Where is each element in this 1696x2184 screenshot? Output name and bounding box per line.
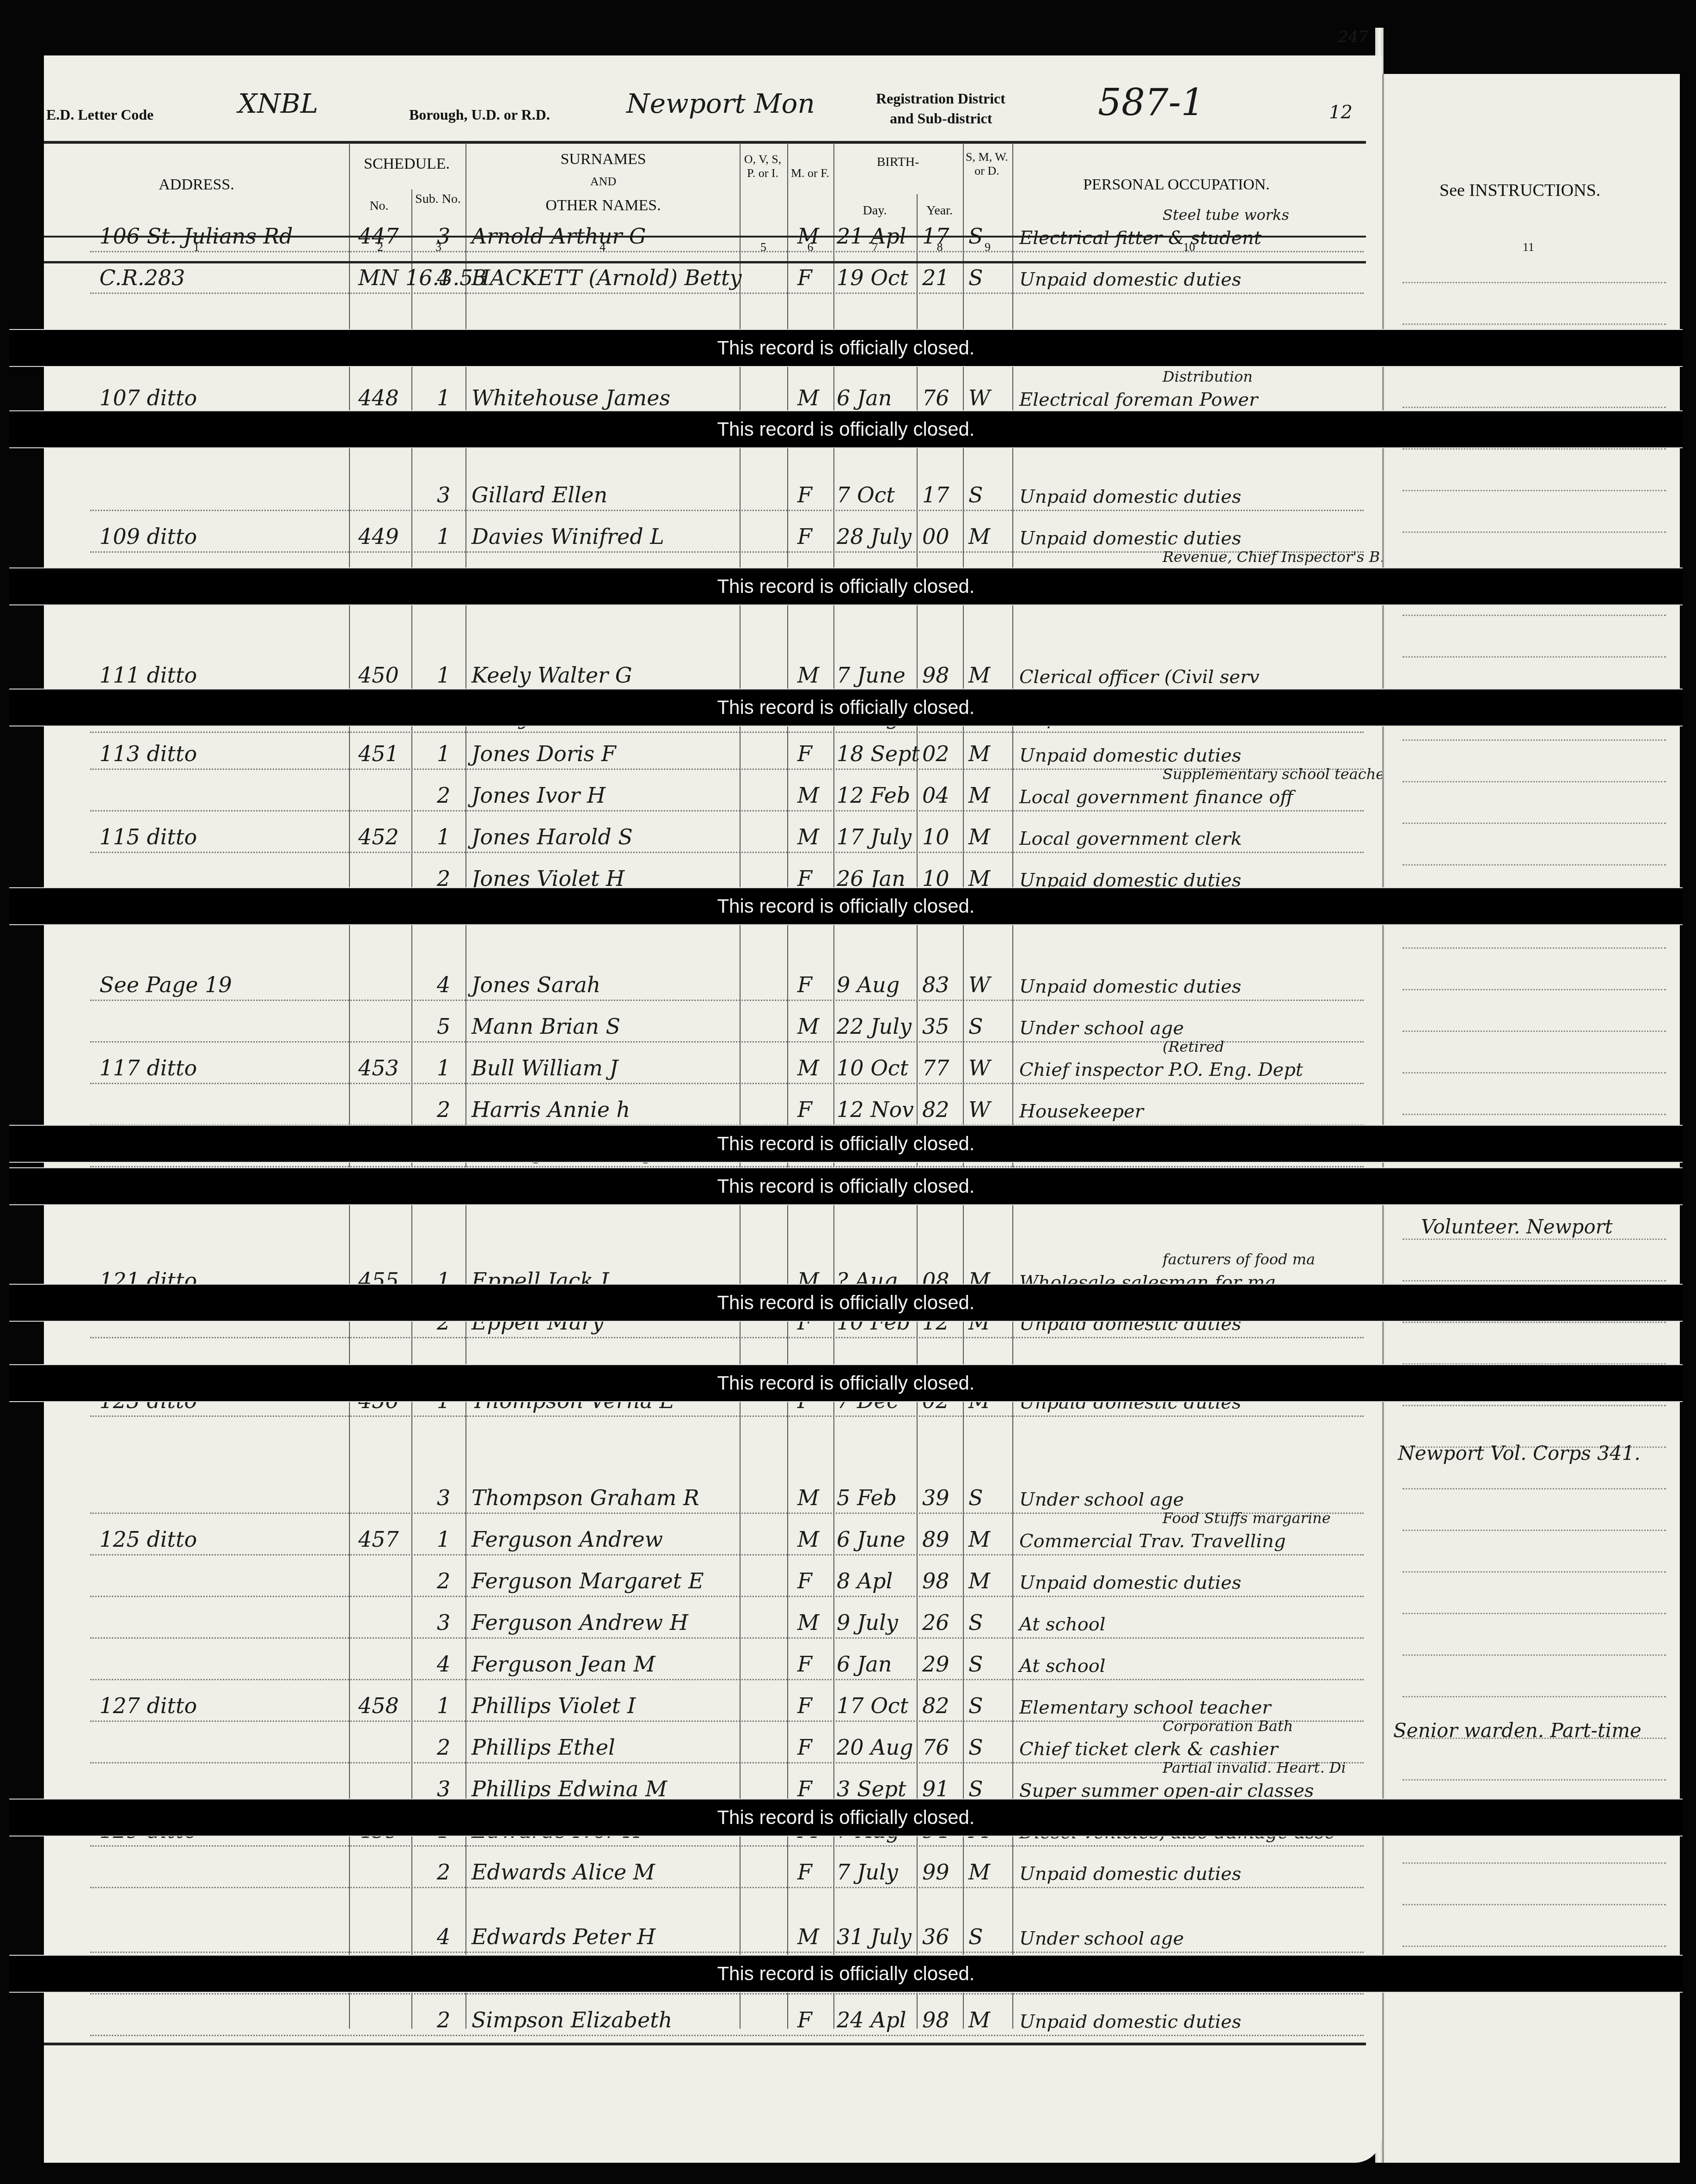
cell-status: W — [968, 385, 990, 410]
cell-day: 3 Sept — [837, 1776, 906, 1801]
closed-record-redaction: This record is officially closed. — [9, 1284, 1683, 1322]
table-row: 5Mann Brian SM22 July35SUnder school age — [44, 1003, 1382, 1043]
cell-name: Phillips Edwina M — [471, 1776, 667, 1801]
cell-status: M — [968, 524, 990, 549]
cell-sched: 450 — [358, 663, 399, 688]
cell-name: Arnold Arthur G — [471, 224, 646, 249]
cell-sched: 447 — [358, 224, 399, 249]
cell-status: M — [968, 741, 990, 766]
row-rule — [90, 1637, 1364, 1639]
cell-sub: 1 — [437, 1055, 450, 1080]
cell-sub: 2 — [437, 1735, 450, 1760]
cell-name: Edwards Peter H — [471, 1924, 655, 1949]
cell-status: M — [968, 1860, 990, 1885]
cell-name: Simpson Elizabeth — [471, 2007, 672, 2032]
closed-record-redaction: This record is officially closed. — [9, 329, 1683, 367]
cell-occupation-note: Supplementary school teacher — [1163, 765, 1392, 783]
table-row: 4Ferguson Jean MF6 Jan29SAt school — [44, 1641, 1382, 1680]
right-row-rule — [1402, 823, 1666, 824]
cell-addr: See Page 19 — [99, 972, 232, 997]
ed-letter-code-label: E.D. Letter Code — [46, 106, 153, 123]
ed-letter-code-value: XNBL — [238, 88, 318, 119]
table-row: 109 ditto4491Davies Winifred LF28 July00… — [44, 513, 1382, 553]
cell-sex: F — [797, 1652, 812, 1677]
cell-occ: At school — [1019, 1614, 1106, 1635]
right-note-vol-corps: Newport Vol. Corps 341. — [1398, 1442, 1641, 1464]
cell-addr: 111 ditto — [99, 663, 197, 688]
row-rule — [90, 852, 1364, 853]
cell-occ: Under school age — [1019, 1489, 1184, 1510]
cell-year: 89 — [922, 1527, 949, 1552]
closed-record-redaction: This record is officially closed. — [9, 1167, 1683, 1205]
table-row: 2Simpson ElizabethF24 Apl98MUnpaid domes… — [44, 1996, 1382, 2036]
cell-name: Ferguson Jean M — [471, 1652, 655, 1677]
cell-sex: F — [797, 1568, 812, 1593]
cell-sub: 2 — [437, 1097, 450, 1122]
cell-occ: Clerical officer (Civil serv — [1019, 666, 1260, 688]
cell-sub: 1 — [437, 824, 450, 849]
table-row: 2Harris Annie hF12 Nov82WHousekeeper — [44, 1086, 1382, 1126]
right-row-rule — [1402, 1238, 1666, 1240]
cell-name: Thompson Graham R — [471, 1485, 699, 1510]
cell-year: 35 — [922, 1014, 949, 1039]
cell-sub: 4 — [437, 1924, 450, 1949]
cell-day: 7 July — [837, 1860, 898, 1885]
col-schedule: SCHEDULE. — [349, 155, 465, 173]
redaction-label: This record is officially closed. — [717, 1133, 974, 1155]
right-row-rule — [1402, 531, 1666, 533]
cell-sched: 458 — [358, 1693, 399, 1718]
cell-sub: 3 — [437, 1485, 450, 1510]
cell-day: 17 July — [837, 824, 912, 849]
right-row-rule — [1402, 1904, 1666, 1905]
cell-day: 17 Oct — [837, 1693, 908, 1718]
cell-sched: 448 — [358, 385, 399, 410]
cell-day: 19 Oct — [837, 265, 908, 290]
cell-year: 17 — [922, 224, 949, 249]
cell-name: Gillard Ellen — [471, 482, 607, 507]
cell-day: 12 Nov — [837, 1097, 914, 1122]
col-surnames-3: OTHER NAMES. — [467, 196, 740, 214]
cell-year: 82 — [922, 1097, 949, 1122]
row-rule — [90, 1993, 1364, 1995]
cell-sub: 2 — [437, 1860, 450, 1885]
closed-record-redaction: This record is officially closed. — [9, 1955, 1683, 1993]
cell-occ: Commercial Trav. Travelling — [1019, 1531, 1286, 1552]
right-row-rule — [1402, 1280, 1666, 1281]
cell-sub: 2 — [437, 1568, 450, 1593]
cell-sub: 1 — [437, 524, 450, 549]
table-row: 127 ditto4581Phillips Violet IF17 Oct82S… — [44, 1682, 1382, 1722]
right-row-rule — [1402, 1405, 1666, 1406]
cell-occupation-note: facturers of food ma — [1163, 1251, 1315, 1268]
cell-name: Jones Doris F — [471, 741, 616, 766]
cell-occ: Local government finance off — [1019, 787, 1293, 808]
cell-year: 91 — [922, 1776, 949, 1801]
cell-sched: MN 16.3.53 — [358, 265, 487, 290]
row-rule — [90, 1000, 1364, 1001]
closed-record-redaction: This record is officially closed. — [9, 410, 1683, 448]
closed-record-redaction: This record is officially closed. — [9, 1799, 1683, 1836]
cell-status: S — [968, 1776, 983, 1801]
col-number-11: 11 — [1523, 240, 1534, 254]
cell-sex: F — [797, 1776, 812, 1801]
cell-sex: M — [797, 1014, 819, 1039]
cell-name: Bull William J — [471, 1055, 618, 1080]
cell-status: M — [968, 663, 990, 688]
cell-year: 76 — [922, 385, 949, 410]
col-ovspi: O, V, S, P. or I. — [740, 153, 786, 180]
reg-district-label-1: Registration District — [876, 90, 1005, 107]
closed-record-redaction: This record is officially closed. — [9, 567, 1683, 605]
right-row-rule — [1402, 947, 1666, 949]
closed-record-redaction: This record is officially closed. — [9, 1125, 1683, 1163]
cell-day: 8 Apl — [837, 1568, 893, 1593]
corner-note: 247 — [1338, 28, 1368, 46]
cell-addr: 125 ditto — [99, 1527, 197, 1552]
cell-sub: 4 — [437, 1652, 450, 1677]
cell-status: M — [968, 1568, 990, 1593]
cell-addr: 106 St. Julians Rd — [99, 224, 293, 249]
cell-sex: M — [797, 824, 819, 849]
cell-day: 5 Feb — [837, 1485, 897, 1510]
row-rule — [90, 510, 1364, 511]
borough-label: Borough, U.D. or R.D. — [409, 106, 550, 123]
row-rule — [90, 1337, 1364, 1338]
table-row: 113 ditto4511Jones Doris FF18 Sept02MUnp… — [44, 730, 1382, 770]
cell-day: 6 June — [837, 1527, 906, 1552]
cell-sched: 451 — [358, 741, 399, 766]
cell-year: 98 — [922, 1568, 949, 1593]
cell-day: 20 Aug — [837, 1735, 913, 1760]
cell-year: 83 — [922, 972, 949, 997]
cell-status: S — [968, 224, 983, 249]
cell-name: Phillips Ethel — [471, 1735, 615, 1760]
right-row-rule — [1402, 615, 1666, 616]
cell-name: Phillips Violet I — [471, 1693, 636, 1718]
right-row-rule — [1402, 1072, 1666, 1074]
table-row: 106 St. Julians Rd4473Arnold Arthur GM21… — [44, 213, 1382, 252]
right-row-rule — [1402, 1488, 1666, 1489]
cell-occ: Unpaid domestic duties — [1019, 1572, 1241, 1593]
right-row-rule — [1402, 1114, 1666, 1115]
cell-status: S — [968, 1610, 983, 1635]
cell-year: 36 — [922, 1924, 949, 1949]
col-address: ADDRESS. — [44, 176, 349, 194]
cell-day: 18 Sept — [837, 741, 920, 766]
cell-occ: Housekeeper — [1019, 1101, 1144, 1122]
cell-name: Ferguson Andrew — [471, 1527, 663, 1552]
row-rule — [90, 810, 1364, 811]
table-row: 3Gillard EllenF7 Oct17SUnpaid domestic d… — [44, 471, 1382, 511]
cell-sex: F — [797, 265, 812, 290]
cell-occ: Unpaid domestic duties — [1019, 1863, 1241, 1885]
cell-status: S — [968, 1485, 983, 1510]
cell-year: 76 — [922, 1735, 949, 1760]
right-row-rule — [1402, 323, 1666, 325]
col-surnames-2: AND — [467, 175, 740, 189]
cell-occ: Unpaid domestic duties — [1019, 745, 1241, 766]
cell-occupation-note: Revenue, Chief Inspector's B. — [1163, 548, 1384, 566]
right-note-volunteer: Volunteer. Newport — [1421, 1215, 1613, 1238]
cell-occ: Under school age — [1019, 1928, 1184, 1949]
redaction-label: This record is officially closed. — [717, 337, 974, 359]
right-row-rule — [1402, 656, 1666, 658]
cell-status: S — [968, 265, 983, 290]
cell-occ: At school — [1019, 1655, 1106, 1677]
cell-addr: 107 ditto — [99, 385, 197, 410]
cell-name: Ferguson Margaret E — [471, 1568, 704, 1593]
cell-sub: 1 — [437, 1527, 450, 1552]
cell-year: 82 — [922, 1693, 949, 1718]
cell-sub: 4 — [437, 972, 450, 997]
col-smwd: S, M, W. or D. — [964, 150, 1010, 178]
cell-sub: 3 — [437, 1776, 450, 1801]
cell-day: 9 Aug — [837, 972, 900, 997]
cell-status: W — [968, 972, 990, 997]
cell-occupation-note: Partial invalid. Heart. Di — [1163, 1759, 1346, 1776]
cell-occ: Unpaid domestic duties — [1019, 486, 1241, 507]
cell-occ: Elementary school teacher — [1019, 1697, 1271, 1718]
right-row-rule — [1402, 864, 1666, 866]
right-row-rule — [1402, 1613, 1666, 1614]
right-note-senior-warden: Senior warden. Part-time — [1393, 1719, 1641, 1742]
cell-name: Harris Annie h — [471, 1097, 630, 1122]
cell-name: Ferguson Andrew H — [471, 1610, 688, 1635]
cell-name: Mann Brian S — [471, 1014, 620, 1039]
table-row: 4Edwards Peter HM31 July36SUnder school … — [44, 1913, 1382, 1953]
cell-addr: 113 ditto — [99, 741, 197, 766]
cell-year: 26 — [922, 1610, 949, 1635]
redaction-label: This record is officially closed. — [717, 696, 974, 719]
redaction-label: This record is officially closed. — [717, 1963, 974, 1985]
cell-sub: 1 — [437, 385, 450, 410]
cell-day: 12 Feb — [837, 783, 910, 808]
reg-district-label-2: and Sub-district — [890, 110, 992, 127]
borough-value: Newport Mon — [626, 88, 815, 119]
right-row-rule — [1402, 1530, 1666, 1531]
right-row-rule — [1402, 1654, 1666, 1656]
table-row: 2Phillips EthelF20 Aug76SChief ticket cl… — [44, 1724, 1382, 1763]
cell-year: 04 — [922, 783, 949, 808]
closed-record-redaction: This record is officially closed. — [9, 1364, 1683, 1402]
row-rule — [90, 1679, 1364, 1680]
right-row-rule — [1402, 282, 1666, 283]
cell-name: Davies Winifred L — [471, 524, 664, 549]
cell-status: S — [968, 1924, 983, 1949]
cell-sub: 2 — [437, 783, 450, 808]
cell-status: M — [968, 1527, 990, 1552]
right-row-rule — [1402, 407, 1666, 408]
page-number: 12 — [1329, 102, 1353, 123]
cell-day: 10 Oct — [837, 1055, 908, 1080]
redaction-label: This record is officially closed. — [717, 1806, 974, 1829]
cell-occupation-note: Food Stuffs margarine — [1163, 1509, 1331, 1527]
cell-sub: 3 — [437, 1610, 450, 1635]
footer-rule — [44, 2043, 1366, 2045]
cell-name: Jones Ivor H — [471, 783, 606, 808]
cell-occ: Unpaid domestic duties — [1019, 2011, 1241, 2032]
register-page-right: See INSTRUCTIONS. 11 Volunteer. Newport … — [1382, 74, 1680, 2163]
cell-addr: 117 ditto — [99, 1055, 197, 1080]
row-rule — [90, 1887, 1364, 1888]
right-row-rule — [1402, 1031, 1666, 1032]
cell-day: 22 July — [837, 1014, 912, 1039]
cell-year: 77 — [922, 1055, 949, 1080]
cell-day: 21 Apl — [837, 224, 906, 249]
row-rule — [90, 1083, 1364, 1084]
row-rule — [90, 293, 1364, 294]
cell-occ: Unpaid domestic duties — [1019, 528, 1241, 549]
right-row-rule — [1402, 1571, 1666, 1573]
cell-sex: F — [797, 482, 812, 507]
cell-addr: 109 ditto — [99, 524, 197, 549]
cell-day: 6 Jan — [837, 385, 892, 410]
cell-day: 28 July — [837, 524, 912, 549]
cell-year: 99 — [922, 1860, 949, 1885]
right-row-rule — [1402, 1946, 1666, 1947]
cell-status: M — [968, 783, 990, 808]
cell-sex: F — [797, 2007, 812, 2032]
table-row: 111 ditto4501Keely Walter GM7 June98MCle… — [44, 652, 1382, 691]
reg-district-value: 587-1 — [1098, 81, 1205, 124]
cell-occ: Unpaid domestic duties — [1019, 976, 1241, 997]
cell-sex: M — [797, 224, 819, 249]
cell-occ: Electrical fitter & student — [1019, 227, 1261, 249]
redaction-label: This record is officially closed. — [717, 895, 974, 917]
cell-occ: Chief ticket clerk & cashier — [1019, 1739, 1278, 1760]
col-mf: M. or F. — [788, 166, 832, 180]
row-rule — [90, 1554, 1364, 1556]
cell-name: Whitehouse James — [471, 385, 670, 410]
redaction-label: This record is officially closed. — [717, 1292, 974, 1314]
right-row-rule — [1402, 490, 1666, 491]
cell-sched: 457 — [358, 1527, 399, 1552]
table-row: 125 ditto4571Ferguson AndrewM6 June89MCo… — [44, 1516, 1382, 1556]
table-row: 117 ditto4531Bull William JM10 Oct77WChi… — [44, 1044, 1382, 1084]
cell-name: Edwards Alice M — [471, 1860, 655, 1885]
cell-year: 02 — [922, 741, 949, 766]
table-row: See Page 194Jones SarahF9 Aug83WUnpaid d… — [44, 961, 1382, 1001]
row-rule — [90, 1415, 1364, 1417]
cell-sched: 452 — [358, 824, 399, 849]
redaction-label: This record is officially closed. — [717, 575, 974, 598]
col-instructions: See INSTRUCTIONS. — [1439, 180, 1600, 201]
cell-status: W — [968, 1055, 990, 1080]
col-schedule-no: No. — [349, 199, 409, 214]
cell-status: S — [968, 1735, 983, 1760]
cell-year: 21 — [922, 265, 949, 290]
cell-status: S — [968, 482, 983, 507]
cell-year: 98 — [922, 2007, 949, 2032]
right-row-rule — [1402, 1322, 1666, 1323]
table-row: C.R.283MN 16.3.534HACKETT (Arnold) Betty… — [44, 254, 1382, 294]
cell-status: S — [968, 1652, 983, 1677]
redaction-label: This record is officially closed. — [717, 1175, 974, 1197]
cell-status: W — [968, 1097, 990, 1122]
cell-occ: Chief inspector P.O. Eng. Dept — [1019, 1059, 1303, 1080]
cell-addr: 115 ditto — [99, 824, 197, 849]
cell-status: M — [968, 824, 990, 849]
cell-day: 24 Apl — [837, 2007, 906, 2032]
cell-sex: F — [797, 1693, 812, 1718]
cell-sex: M — [797, 1924, 819, 1949]
table-row: 2Edwards Alice MF7 July99MUnpaid domesti… — [44, 1848, 1382, 1888]
cell-sex: M — [797, 385, 819, 410]
cell-occ: Local government clerk — [1019, 828, 1242, 849]
cell-day: 7 Oct — [837, 482, 895, 507]
cell-day: 31 July — [837, 1924, 912, 1949]
cell-sex: F — [797, 524, 812, 549]
cell-year: 17 — [922, 482, 949, 507]
cell-occupation-note: (Retired — [1163, 1038, 1224, 1055]
row-rule — [90, 251, 1364, 252]
table-row: 3Ferguson Andrew HM9 July26SAt school — [44, 1599, 1382, 1639]
cell-day: 6 Jan — [837, 1652, 892, 1677]
col-surnames-1: SURNAMES — [467, 150, 740, 168]
table-row: 3Thompson Graham RM5 Feb39SUnder school … — [44, 1474, 1382, 1514]
cell-sex: M — [797, 783, 819, 808]
cell-year: 39 — [922, 1485, 949, 1510]
cell-name: Jones Sarah — [471, 972, 600, 997]
row-rule — [90, 2035, 1364, 2036]
cell-sub: 1 — [437, 663, 450, 688]
register-page-left: E.D. Letter Code XNBL Borough, U.D. or R… — [44, 55, 1382, 2163]
cell-sub: 4 — [437, 265, 450, 290]
cell-sex: F — [797, 741, 812, 766]
table-row: 107 ditto4481Whitehouse JamesM6 Jan76WEl… — [44, 374, 1382, 414]
table-row: 2Ferguson Margaret EF8 Apl98MUnpaid dome… — [44, 1557, 1382, 1597]
cell-sub: 3 — [437, 482, 450, 507]
right-row-rule — [1402, 781, 1666, 782]
cell-sex: F — [797, 1097, 812, 1122]
cell-sub: 2 — [437, 2007, 450, 2032]
right-row-rule — [1402, 1862, 1666, 1864]
right-row-rule — [1402, 1696, 1666, 1697]
cell-occ: Under school age — [1019, 1018, 1184, 1039]
col-schedule-sub: Sub. No. — [411, 192, 465, 207]
cell-occupation-note: Distribution — [1163, 368, 1253, 385]
cell-occ: Unpaid domestic duties — [1019, 269, 1241, 290]
cell-sub: 1 — [437, 1693, 450, 1718]
closed-record-redaction: This record is officially closed. — [9, 689, 1683, 726]
cell-name: Keely Walter G — [471, 663, 632, 688]
cell-status: S — [968, 1014, 983, 1039]
cell-sex: M — [797, 1055, 819, 1080]
cell-year: 00 — [922, 524, 949, 549]
cell-sub: 5 — [437, 1014, 450, 1039]
cell-sex: M — [797, 663, 819, 688]
cell-occupation-note: Steel tube works — [1163, 206, 1289, 224]
cell-sub: 3 — [437, 224, 450, 249]
cell-sex: M — [797, 1527, 819, 1552]
cell-sex: M — [797, 1485, 819, 1510]
cell-sex: F — [797, 972, 812, 997]
table-row: 2Jones Ivor HM12 Feb04MLocal government … — [44, 772, 1382, 811]
right-row-rule — [1402, 1779, 1666, 1781]
cell-sex: F — [797, 1860, 812, 1885]
cell-status: M — [968, 2007, 990, 2032]
redaction-label: This record is officially closed. — [717, 418, 974, 440]
cell-sub: 1 — [437, 741, 450, 766]
table-row: 115 ditto4521Jones Harold SM17 July10MLo… — [44, 813, 1382, 853]
cell-sched: 453 — [358, 1055, 399, 1080]
right-row-rule — [1402, 989, 1666, 990]
cell-sex: M — [797, 1610, 819, 1635]
closed-record-redaction: This record is officially closed. — [9, 887, 1683, 925]
redaction-label: This record is officially closed. — [717, 1372, 974, 1394]
cell-year: 10 — [922, 824, 949, 849]
